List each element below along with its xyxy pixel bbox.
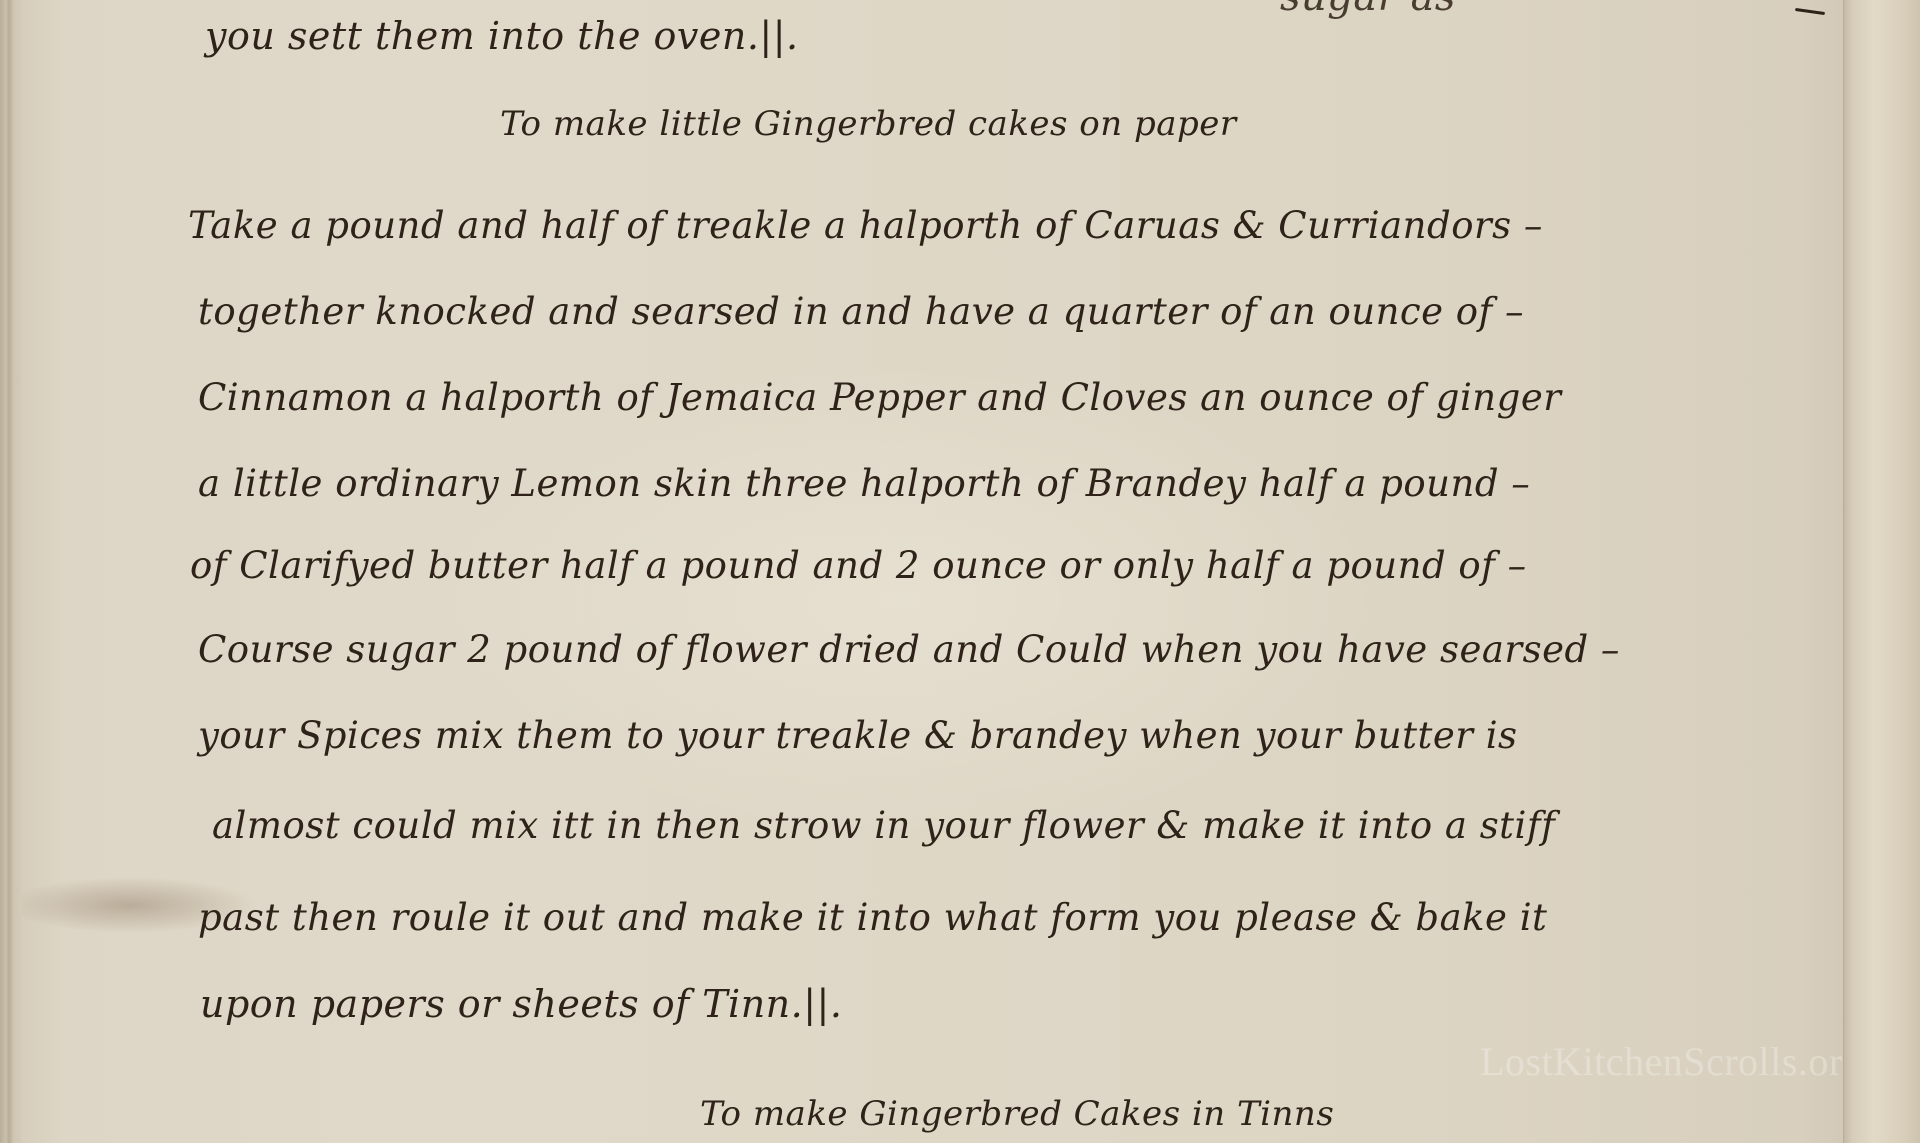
- recipe-line-7: Course sugar 2 pound of flower dried and…: [198, 628, 1620, 671]
- recipe-line-3: together knocked and searsed in and have…: [198, 290, 1524, 333]
- recipe-line-4: Cinnamon a halporth of Jemaica Pepper an…: [198, 376, 1561, 419]
- recipe-line-9: almost could mix itt in then strow in yo…: [212, 804, 1555, 847]
- binding-edge: [0, 0, 22, 1143]
- top-fragment-text: sugar as: [1280, 0, 1456, 20]
- page-gutter: [1843, 0, 1920, 1143]
- recipe-line-10: past then roule it out and make it into …: [198, 896, 1547, 939]
- recipe-heading-gingerbread-on-paper: To make little Gingerbred cakes on paper: [500, 104, 1237, 144]
- recipe-line-2: Take a pound and half of treakle a halpo…: [188, 204, 1543, 247]
- recipe-line-11: upon papers or sheets of Tinn.||.: [200, 982, 842, 1026]
- recipe-line-1: you sett them into the oven.||.: [205, 14, 799, 58]
- recipe-line-5: a little ordinary Lemon skin three halpo…: [198, 462, 1530, 505]
- recipe-line-8: your Spices mix them to your treakle & b…: [198, 714, 1518, 757]
- manuscript-page: sugar as you sett them into the oven.||.…: [0, 0, 1843, 1143]
- line-continuation-dash: [1795, 8, 1825, 15]
- watermark: LostKitchenScrolls.org: [1480, 1038, 1862, 1085]
- recipe-line-6: of Clarifyed butter half a pound and 2 o…: [190, 544, 1527, 587]
- recipe-heading-gingerbread-in-tinns: To make Gingerbred Cakes in Tinns: [700, 1094, 1334, 1134]
